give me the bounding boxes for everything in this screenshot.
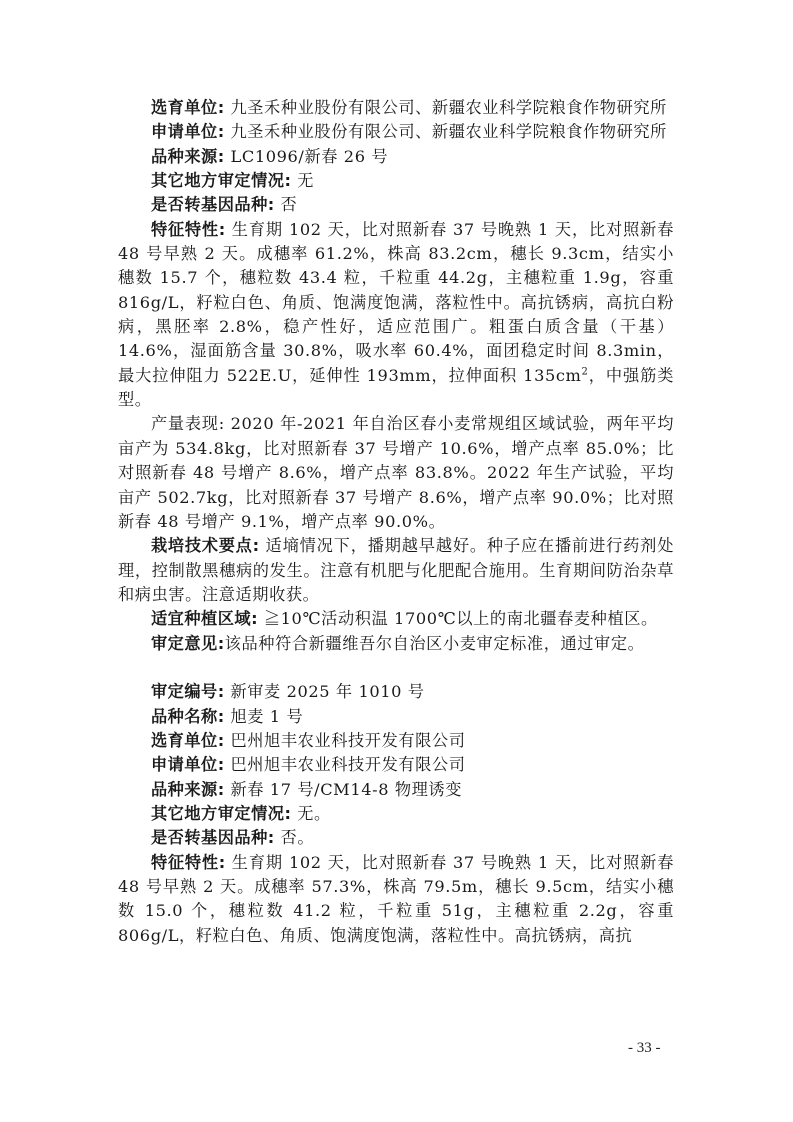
variety-name-field: 品种名称: 旭麦 1 号 <box>118 705 674 729</box>
field-label: 特征特性: <box>151 853 226 872</box>
yield-paragraph: 产量表现: 2020 年-2021 年自治区春小麦常规组区域试验，两年平均亩产为… <box>118 412 674 534</box>
field-label: 申请单位: <box>151 122 225 141</box>
field-value: 巴州旭丰农业科技开发有限公司 <box>230 755 465 774</box>
breeder-field: 选育单位: 九圣禾种业股份有限公司、新疆农业科学院粮食作物研究所 <box>118 96 674 120</box>
field-label: 品种名称: <box>151 707 225 726</box>
field-value: 九圣禾种业股份有限公司、新疆农业科学院粮食作物研究所 <box>230 122 666 141</box>
applicant-field: 申请单位: 巴州旭丰农业科技开发有限公司 <box>118 753 674 777</box>
characteristics-field: 特征特性: 生育期 102 天，比对照新春 37 号晚熟 1 天，比对照新春 4… <box>118 218 674 413</box>
field-value: 旭麦 1 号 <box>230 707 303 726</box>
source-field: 品种来源: LC1096/新春 26 号 <box>118 145 674 169</box>
source-field: 品种来源: 新春 17 号/CM14-8 物理诱变 <box>118 778 674 802</box>
applicant-field: 申请单位: 九圣禾种业股份有限公司、新疆农业科学院粮食作物研究所 <box>118 120 674 144</box>
field-label: 审定编号: <box>151 682 225 701</box>
cultivation-field: 栽培技术要点: 适墒情况下，播期越早越好。种子应在播前进行药剂处理，控制散黑穗病… <box>118 534 674 607</box>
field-value: 无 <box>297 171 314 190</box>
page-number: - 33 - <box>628 1040 661 1057</box>
field-label: 适宜种植区域: <box>151 609 258 628</box>
field-value: LC1096/新春 26 号 <box>230 147 388 166</box>
field-value: 否 <box>281 195 298 214</box>
field-label: 其它地方审定情况: <box>151 804 291 823</box>
field-value: 新审麦 2025 年 1010 号 <box>230 682 424 701</box>
field-value: 九圣禾种业股份有限公司、新疆农业科学院粮食作物研究所 <box>230 98 666 117</box>
field-label: 申请单位: <box>151 755 225 774</box>
region-field: 适宜种植区域: ≧10℃活动积温 1700℃以上的南北疆春麦种植区。 <box>118 607 674 631</box>
characteristics-field: 特征特性: 生育期 102 天，比对照新春 37 号晚熟 1 天，比对照新春 4… <box>118 851 674 948</box>
field-value: 巴州旭丰农业科技开发有限公司 <box>230 731 465 750</box>
field-label: 选育单位: <box>151 98 225 117</box>
field-label: 栽培技术要点: <box>151 536 260 555</box>
field-value: 该品种符合新疆维吾尔自治区小麦审定标准，通过审定。 <box>225 634 645 653</box>
field-value: 新春 17 号/CM14-8 物理诱变 <box>230 780 462 799</box>
opinion-field: 审定意见:该品种符合新疆维吾尔自治区小麦审定标准，通过审定。 <box>118 632 674 656</box>
breeder-field: 选育单位: 巴州旭丰农业科技开发有限公司 <box>118 729 674 753</box>
other-approval-field: 其它地方审定情况: 无。 <box>118 802 674 826</box>
field-value: ≧10℃活动积温 1700℃以上的南北疆春麦种植区。 <box>264 609 658 628</box>
field-label: 品种来源: <box>151 147 225 166</box>
field-value: 否。 <box>281 828 315 847</box>
transgenic-field: 是否转基因品种: 否。 <box>118 826 674 850</box>
field-label: 审定意见: <box>151 634 225 653</box>
field-label: 品种来源: <box>151 780 225 799</box>
transgenic-field: 是否转基因品种: 否 <box>118 193 674 217</box>
field-label: 其它地方审定情况: <box>151 171 291 190</box>
section-gap <box>118 656 674 680</box>
field-value: 无。 <box>297 804 331 823</box>
other-approval-field: 其它地方审定情况: 无 <box>118 169 674 193</box>
field-label: 是否转基因品种: <box>151 828 275 847</box>
field-label: 选育单位: <box>151 731 225 750</box>
field-value: 生育期 102 天，比对照新春 37 号晚熟 1 天，比对照新春 48 号早熟 … <box>118 220 674 385</box>
field-label: 是否转基因品种: <box>151 195 275 214</box>
field-label: 特征特性: <box>151 220 226 239</box>
approval-number-field: 审定编号: 新审麦 2025 年 1010 号 <box>118 680 674 704</box>
document-page: 选育单位: 九圣禾种业股份有限公司、新疆农业科学院粮食作物研究所 申请单位: 九… <box>118 96 674 948</box>
